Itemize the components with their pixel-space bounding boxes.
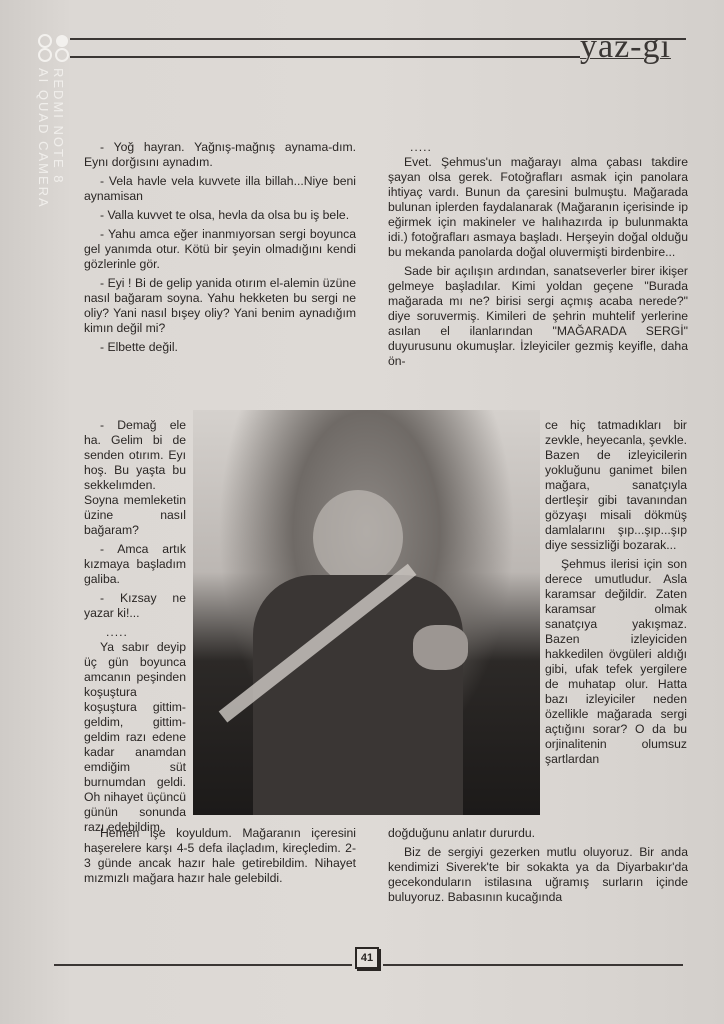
paragraph: - Valla kuvvet te olsa, hevla da olsa bu… [84,208,356,223]
paragraph: Hemen işe koyuldum. Mağaranın içeresini … [84,826,356,886]
paragraph: Evet. Şehmus'un mağarayı alma çabası tak… [388,155,688,260]
right-top-column: ..... Evet. Şehmus'un mağarayı alma çaba… [388,140,688,373]
paragraph: Biz de sergiyi gezerken mutlu oluyoruz. … [388,845,688,905]
watermark-line1: REDMI NOTE 8 [51,68,66,184]
paragraph: - Demağ ele ha. Gelim bi de senden otırı… [84,418,186,538]
paragraph: Ya sabır deyip üç gün boyunca amcanın pe… [84,640,186,835]
section-dots: ..... [388,140,688,155]
paragraph: Şehmus ilerisi için son derece umutludur… [545,557,687,767]
section-dots: ..... [84,625,186,640]
header-rule-bottom [70,56,580,58]
page-number: 41 [355,947,379,969]
photo-head [313,490,403,585]
bottom-left-column: Hemen işe koyuldum. Mağaranın içeresini … [84,826,356,890]
footer-rule-right [383,964,683,966]
paragraph: doğduğunu anlatır dururdu. [388,826,688,841]
paragraph: ce hiç tatmadıkları bir zevkle, heyecanl… [545,418,687,553]
paragraph: - Yoğ hayran. Yağnış-mağnış aynama-dım. … [84,140,356,170]
watermark-line2: AI QUAD CAMERA [36,68,51,209]
bottom-right-column: doğduğunu anlatır dururdu. Biz de sergiy… [388,826,688,909]
paragraph: - Elbette değil. [84,340,356,355]
left-mid-column: - Demağ ele ha. Gelim bi de senden otırı… [84,418,186,839]
paragraph: - Yahu amca eğer inanmıyorsan sergi boyu… [84,227,356,272]
paragraph: - Kızsay ne yazar ki!... [84,591,186,621]
paragraph: - Vela havle vela kuvvete illa billah...… [84,174,356,204]
footer-rule-left [54,964,352,966]
magazine-brand: yaz-gı [580,28,671,66]
right-mid-column: ce hiç tatmadıkları bir zevkle, heyecanl… [545,418,687,771]
camera-watermark: REDMI NOTE 8 AI QUAD CAMERA [36,68,66,209]
paragraph: Sade bir açılışın ardından, sanatseverle… [388,264,688,369]
left-top-column: - Yoğ hayran. Yağnış-mağnış aynama-dım. … [84,140,356,359]
camera-watermark-logo-icon [36,32,70,64]
paragraph: - Eyi ! Bi de gelip yanida otırım el-ale… [84,276,356,336]
portrait-photo [193,410,540,815]
photo-hand [413,625,468,670]
paragraph: - Amca artık kızmaya başladım galiba. [84,542,186,587]
